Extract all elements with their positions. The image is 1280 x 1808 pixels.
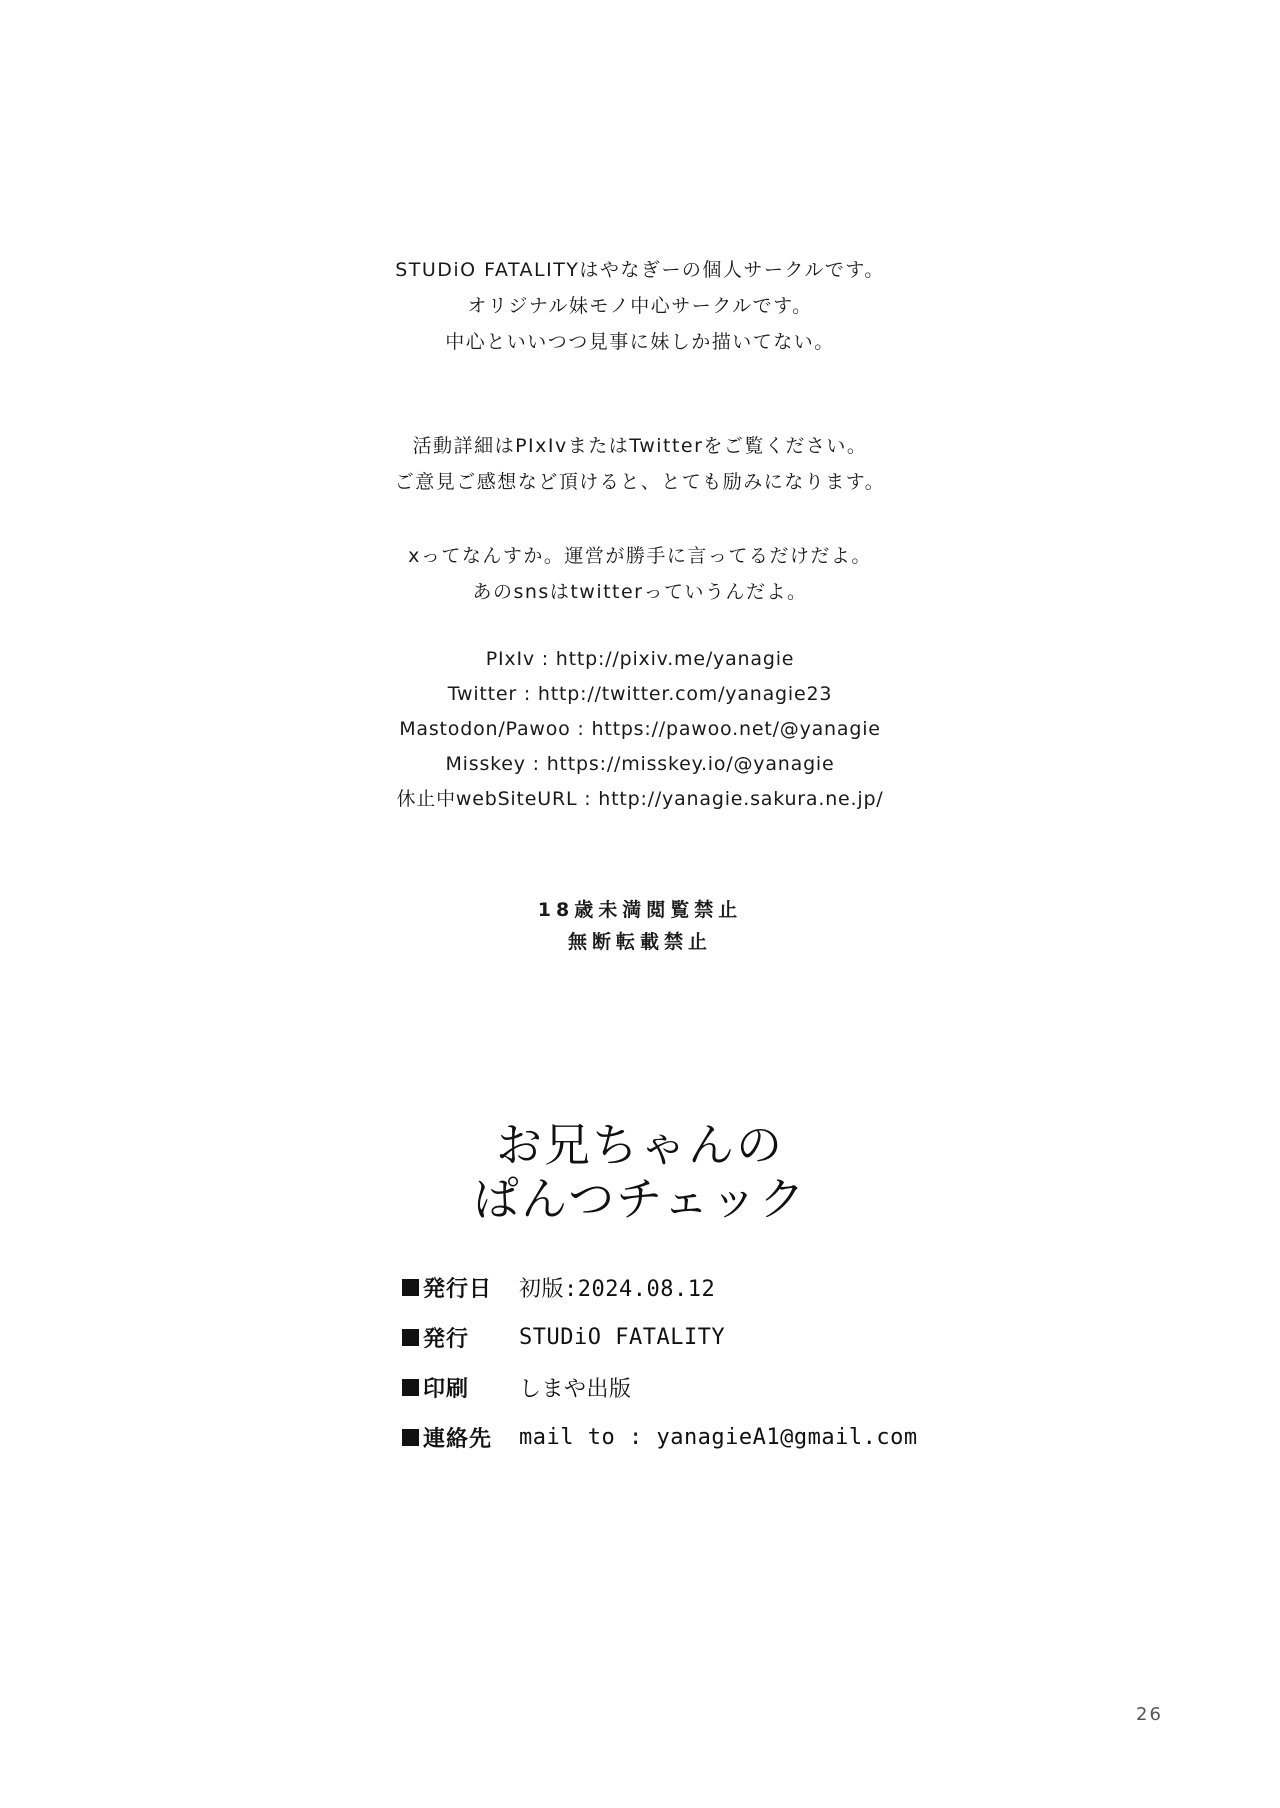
colophon-label: 発行日	[423, 1272, 519, 1303]
colophon-label: 発行	[423, 1322, 519, 1353]
link-website: 休止中webSiteURL : http://yanagie.sakura.ne…	[0, 782, 1280, 817]
link-url[interactable]: https://pawoo.net/@yanagie	[591, 718, 880, 740]
book-page: STUDiO FATALITYはやなぎーの個人サークルです。 オリジナル妹モノ中…	[0, 0, 1280, 1808]
link-misskey: Misskey : https://misskey.io/@yanagie	[0, 747, 1280, 782]
activity-line: 活動詳細はPIxIvまたはTwitterをご覧ください。	[0, 428, 1280, 464]
remark-line: xってなんすか。運営が勝手に言ってるだけだよ。	[0, 538, 1280, 574]
book-title: お兄ちゃんの ぱんつチェック	[0, 1118, 1280, 1226]
square-bullet-icon	[402, 1429, 419, 1446]
intro-line: STUDiO FATALITYはやなぎーの個人サークルです。	[0, 252, 1280, 288]
square-bullet-icon	[402, 1379, 419, 1396]
link-twitter: Twitter : http://twitter.com/yanagie23	[0, 677, 1280, 712]
link-url[interactable]: http://twitter.com/yanagie23	[538, 683, 832, 705]
square-bullet-icon	[402, 1329, 419, 1346]
colophon-value: 初版:2024.08.12	[519, 1272, 715, 1303]
page-number: 26	[1136, 1704, 1163, 1725]
link-url[interactable]: https://misskey.io/@yanagie	[547, 753, 835, 775]
colophon-label: 印刷	[423, 1372, 519, 1403]
colophon-row-publisher: 発行 STUDiO FATALITY	[402, 1312, 918, 1362]
colophon-value: STUDiO FATALITY	[519, 1325, 725, 1350]
activity-line: ご意見ご感想など頂けると、とても励みになります。	[0, 464, 1280, 500]
activity-info: 活動詳細はPIxIvまたはTwitterをご覧ください。 ご意見ご感想など頂ける…	[0, 428, 1280, 500]
colophon-row-contact: 連絡先 mail to : yanagieA1@gmail.com	[402, 1412, 918, 1462]
link-separator: :	[577, 788, 598, 810]
link-url[interactable]: http://yanagie.sakura.ne.jp/	[598, 788, 883, 810]
link-separator: :	[535, 648, 556, 670]
social-links: PIxIv : http://pixiv.me/yanagie Twitter …	[0, 642, 1280, 817]
link-label: PIxIv	[486, 648, 535, 670]
remark-line: あのsnsはtwitterっていうんだよ。	[0, 574, 1280, 610]
age-notice: 18歳未満閲覧禁止 無断転載禁止	[0, 894, 1280, 958]
colophon-row-date: 発行日 初版:2024.08.12	[402, 1262, 918, 1312]
circle-intro: STUDiO FATALITYはやなぎーの個人サークルです。 オリジナル妹モノ中…	[0, 252, 1280, 360]
link-separator: :	[526, 753, 547, 775]
link-mastodon: Mastodon/Pawoo : https://pawoo.net/@yana…	[0, 712, 1280, 747]
author-remark: xってなんすか。運営が勝手に言ってるだけだよ。 あのsnsはtwitterってい…	[0, 538, 1280, 610]
notice-line: 18歳未満閲覧禁止	[0, 894, 1280, 926]
link-label: 休止中webSiteURL	[396, 788, 577, 810]
colophon-row-printer: 印刷 しまや出版	[402, 1362, 918, 1412]
intro-line: オリジナル妹モノ中心サークルです。	[0, 288, 1280, 324]
link-separator: :	[571, 718, 592, 740]
link-separator: :	[517, 683, 538, 705]
link-url[interactable]: http://pixiv.me/yanagie	[556, 648, 794, 670]
colophon-value[interactable]: mail to : yanagieA1@gmail.com	[519, 1425, 918, 1450]
colophon-label: 連絡先	[423, 1422, 519, 1453]
link-pixiv: PIxIv : http://pixiv.me/yanagie	[0, 642, 1280, 677]
title-line: ぱんつチェック	[0, 1172, 1280, 1226]
intro-line: 中心といいつつ見事に妹しか描いてない。	[0, 324, 1280, 360]
link-label: Mastodon/Pawoo	[399, 718, 570, 740]
square-bullet-icon	[402, 1279, 419, 1296]
link-label: Misskey	[445, 753, 525, 775]
colophon: 発行日 初版:2024.08.12 発行 STUDiO FATALITY 印刷 …	[402, 1262, 918, 1462]
colophon-value: しまや出版	[519, 1372, 632, 1403]
notice-line: 無断転載禁止	[0, 926, 1280, 958]
title-line: お兄ちゃんの	[0, 1118, 1280, 1172]
link-label: Twitter	[448, 683, 517, 705]
